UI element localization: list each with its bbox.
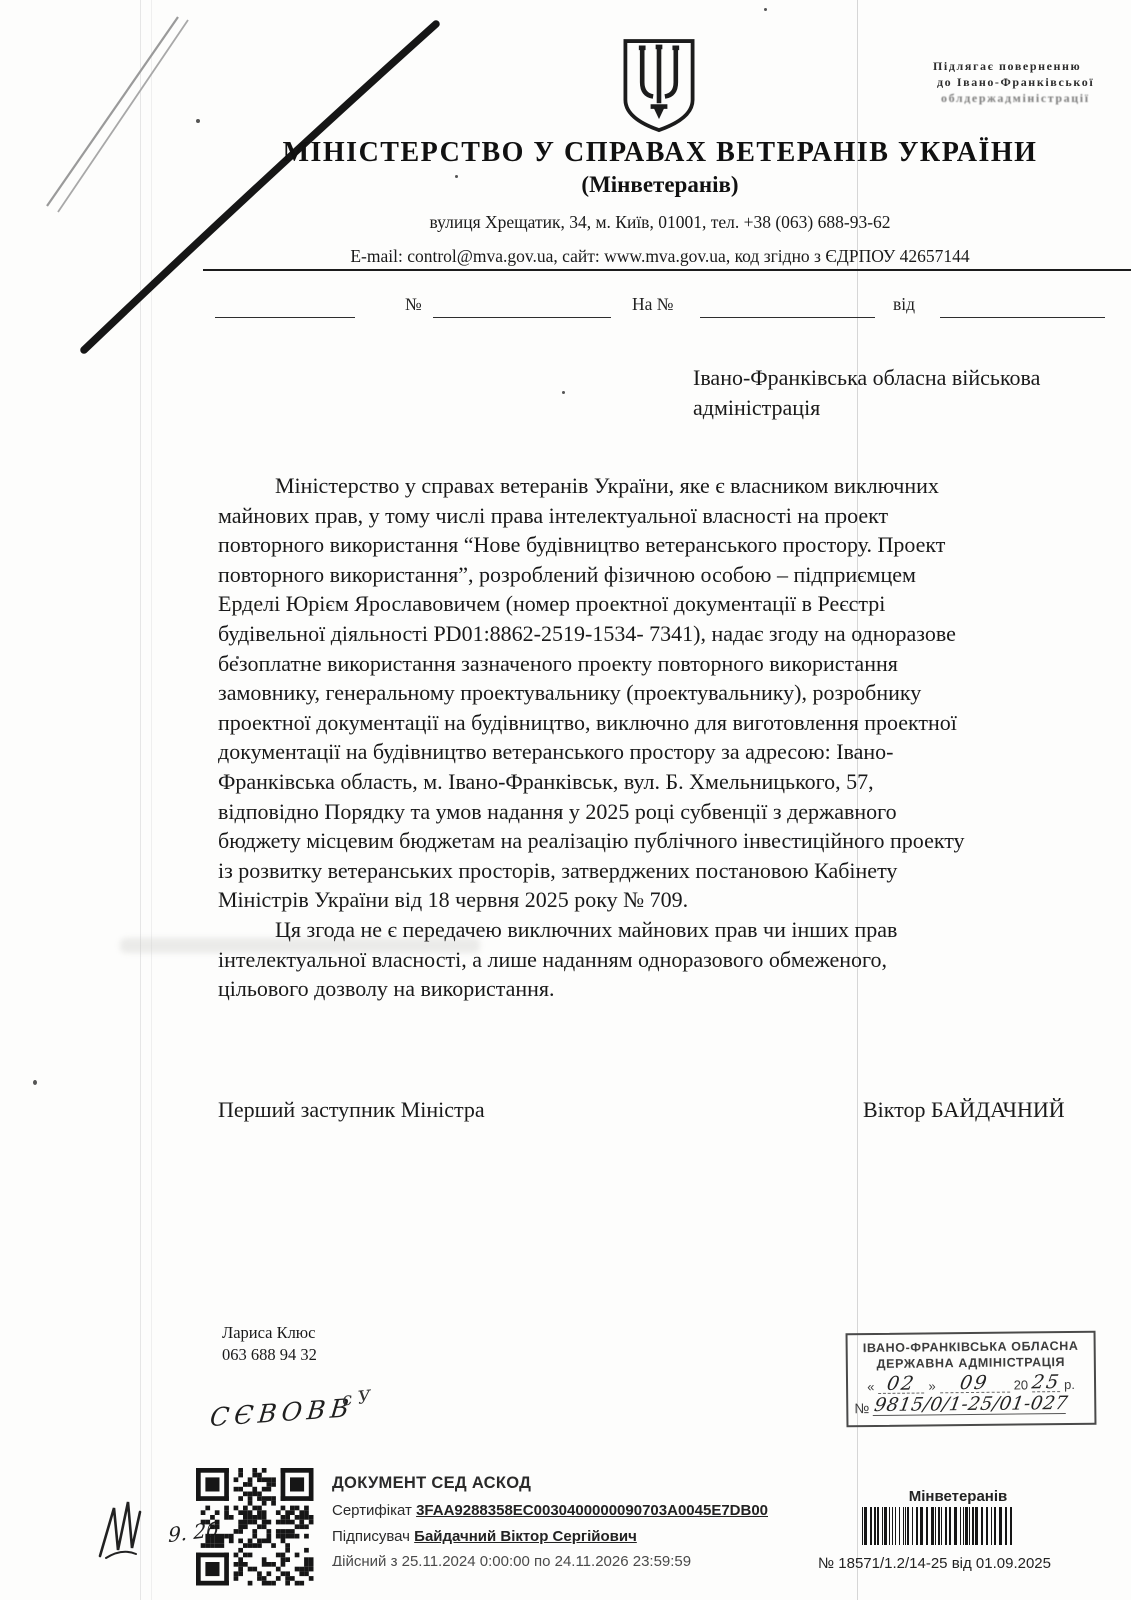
addressee-block: Івано-Франківська обласна військоваадмін… — [693, 363, 1113, 423]
year-suffix: р. — [1064, 1377, 1075, 1392]
ministry-address: вулиця Хрещатик, 34, м. Київ, 01001, тел… — [190, 212, 1130, 233]
body-line: майнових прав, у тому числі права інтеле… — [218, 501, 1123, 531]
sed-title: ДОКУМЕНТ СЕД АСКОД — [332, 1474, 802, 1493]
stamp-year-slot: 25 — [1032, 1374, 1060, 1392]
ref-from-label: від — [893, 294, 915, 315]
stamp-date-row: « 02 » 09 20 25 р. — [854, 1374, 1088, 1394]
return-stamp-line: до Івано-Франківської — [933, 74, 1123, 90]
handwritten-note: СЄВОВВ — [209, 1393, 356, 1432]
body-line: Ця згода не є передачею виключних майнов… — [218, 915, 1123, 945]
body-line: повторного використання “Нове будівництв… — [218, 530, 1123, 560]
handwritten-mark: с У — [341, 1387, 372, 1411]
scan-speck — [196, 119, 200, 123]
executor-block: Лариса Клюс 063 688 94 32 — [222, 1322, 317, 1366]
ref-blank-line — [215, 317, 355, 318]
body-line: повторного використання”, розроблений фі… — [218, 560, 1123, 590]
paragraph-2: Ця згода не є передачею виключних майнов… — [218, 915, 1123, 1004]
body-line: бюджету місцевим бюджетам на реалізацію … — [218, 826, 1123, 856]
incoming-registration-stamp: ІВАНО-ФРАНКІВСЬКА ОБЛАСНА ДЕРЖАВНА АДМІН… — [846, 1331, 1097, 1428]
registration-block: Мінветеранів № 18571/1.2/14-25 від 01.09… — [818, 1488, 1118, 1572]
handwritten-year: 25 — [1031, 1374, 1062, 1391]
scan-speck — [764, 8, 767, 11]
handwritten-signature-scribble — [92, 1478, 182, 1568]
body-line: із розвитку ветеранських просторів, затв… — [218, 856, 1123, 886]
body-line: документації на будівництво ветеранськог… — [218, 737, 1123, 767]
signer-label: Підписувач — [332, 1528, 410, 1545]
qr-code-icon — [196, 1468, 314, 1591]
year-prefix: 20 — [1014, 1377, 1029, 1392]
ministry-short-name: (Мінветеранів) — [190, 172, 1130, 198]
return-stamp-line: Підлягає поверненню — [933, 58, 1123, 74]
header-rule — [203, 269, 1131, 271]
certificate-value: 3FAA9288358EC0030400000090703A0045E7DB00 — [416, 1502, 768, 1519]
scan-speck — [33, 1080, 37, 1085]
stamp-org-line: ДЕРЖАВНА АДМІНІСТРАЦІЯ — [854, 1354, 1088, 1372]
stamp-no-label: № — [854, 1400, 869, 1416]
quote-close: » — [928, 1378, 935, 1393]
addressee-line: Івано-Франківська обласна військова — [693, 363, 1113, 393]
addressee-line: адміністрація — [693, 393, 1113, 423]
signer-row: Підписувач Байдачний Віктор Сергійович — [332, 1528, 802, 1545]
body-line: безоплатне використання зазначеного прое… — [218, 649, 1123, 679]
body-line: інтелектуальної власності, а лише наданн… — [218, 945, 1123, 975]
scanned-letter-page: Підлягає поверненнюдо Івано-Франківської… — [0, 0, 1131, 1600]
body-line: проектної документації на будівництво, в… — [218, 708, 1123, 738]
body-line: Франківська область, м. Івано-Франківськ… — [218, 767, 1123, 797]
body-line: будівельної діяльності PD01:8862-2519-15… — [218, 619, 1123, 649]
registration-number: № 18571/1.2/14-25 від 01.09.2025 — [818, 1555, 1118, 1572]
certificate-validity: Дійсний з 25.11.2024 0:00:00 по 24.11.20… — [332, 1553, 802, 1566]
return-stamp: Підлягає поверненнюдо Івано-Франківської… — [933, 58, 1123, 106]
certificate-row: Сертифікат 3FAA9288358EC0030400000090703… — [332, 1502, 802, 1519]
ministry-name: МІНІСТЕРСТВО У СПРАВАХ ВЕТЕРАНІВ УКРАЇНИ — [190, 137, 1130, 169]
ref-blank-line — [433, 317, 611, 318]
body-line: замовнику, генеральному проектувальнику … — [218, 678, 1123, 708]
sed-askod-block: ДОКУМЕНТ СЕД АСКОД Сертифікат 3FAA928835… — [332, 1474, 802, 1566]
ministry-contacts: E-mail: control@mva.gov.ua, сайт: www.mv… — [190, 246, 1130, 267]
stamp-day-slot: 02 — [878, 1375, 924, 1393]
signer-name: Віктор БАЙДАЧНИЙ — [863, 1097, 1065, 1123]
ref-no-label: № — [405, 294, 422, 315]
handwritten-day: 02 — [886, 1376, 917, 1393]
executor-name: Лариса Клюс — [222, 1322, 317, 1344]
signer-position: Перший заступник Міністра — [218, 1097, 485, 1123]
executor-phone: 063 688 94 32 — [222, 1344, 317, 1366]
ref-blank-line — [700, 317, 875, 318]
ref-blank-line — [940, 317, 1105, 318]
signer-value: Байдачний Віктор Сергійович — [414, 1528, 637, 1545]
scan-speck — [562, 391, 565, 394]
letter-body: Міністерство у справах ветеранів України… — [218, 471, 1123, 1004]
ref-on-no-label: На № — [632, 294, 673, 315]
paragraph-1: Міністерство у справах ветеранів України… — [218, 471, 1123, 915]
body-line: цільового дозволу на використання. — [218, 974, 1123, 1004]
ukraine-trident-emblem-icon — [617, 36, 701, 136]
certificate-label: Сертифікат — [332, 1502, 412, 1519]
return-stamp-line: облдержадміністрації — [933, 90, 1123, 106]
handwritten-reg-number: 9815/0/1-25/01-027 — [873, 1395, 1069, 1416]
body-line: Міністерство у справах ветеранів України… — [218, 471, 1123, 501]
stamp-number-row: № 9815/0/1-25/01-027 — [854, 1395, 1088, 1416]
stamp-month-slot: 09 — [940, 1375, 1010, 1394]
handwritten-month: 09 — [959, 1375, 990, 1392]
registration-org: Мінветеранів — [862, 1488, 1054, 1505]
body-line: Ерделі Юрієм Ярославовичем (номер проект… — [218, 589, 1123, 619]
body-line: відповідно Порядку та умов надання у 202… — [218, 797, 1123, 827]
body-line: Міністрів України від 18 червня 2025 рок… — [218, 885, 1123, 915]
quote-open: « — [867, 1379, 874, 1394]
barcode-icon — [862, 1507, 1118, 1550]
